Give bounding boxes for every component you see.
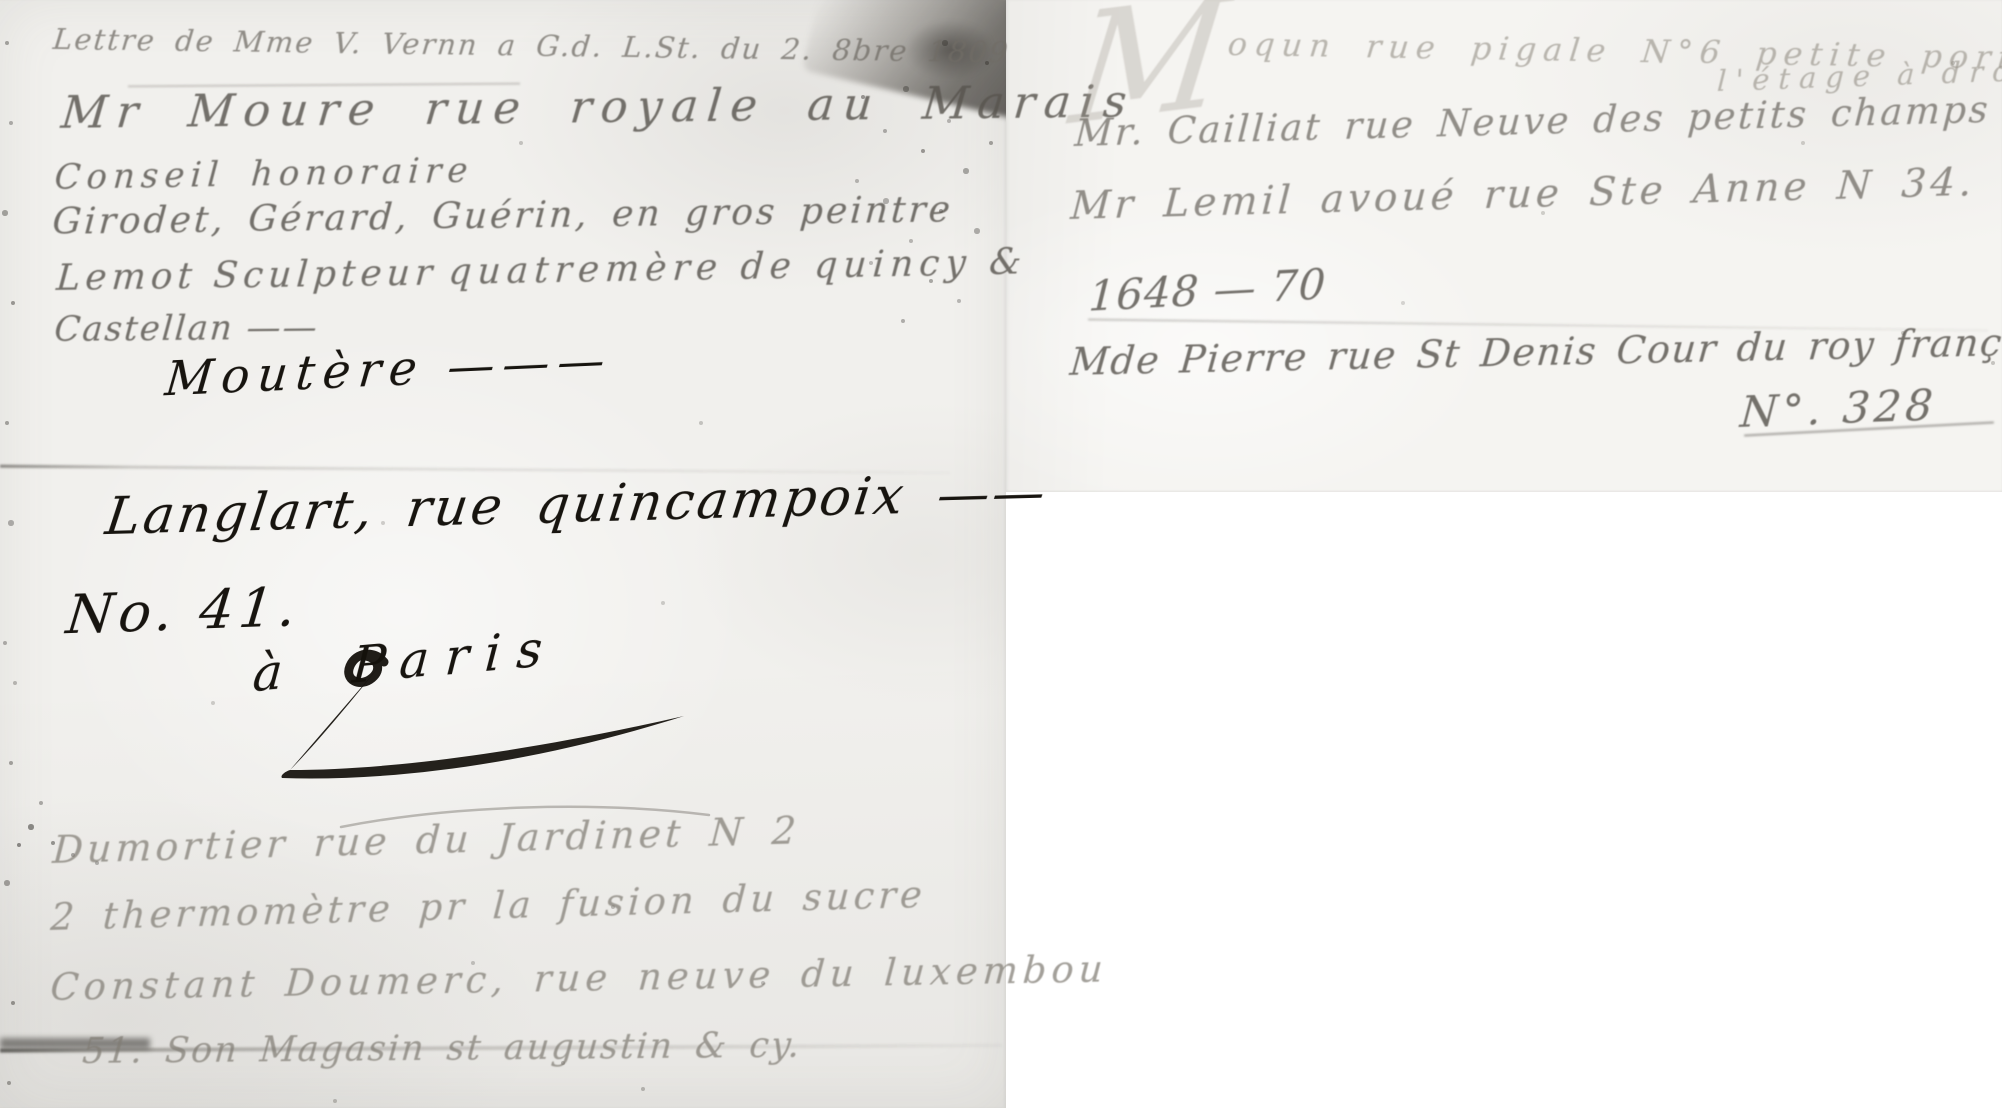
paris-underline-flourish-stroke [252,638,702,803]
ink-spatter-dots [0,0,2,2]
scanned-manuscript-page: Lettre de Mme V. Vernn a G.d. L.St. du 2… [0,0,2002,1108]
handwriting-line: Castellan —— [53,308,320,350]
handwriting-line: Conseil honoraire [53,151,475,198]
handwriting-line-address-moure: Mr Moure rue royale au Marais [59,75,1138,139]
faint-pencil-arc [335,795,715,835]
handwriting-line-house-number: No. 41. [63,575,304,646]
handwriting-line-sculptor: Lemot Sculpteur [55,253,439,299]
handwriting-line-number-328: N°. 328 [1738,381,1938,438]
handwriting-line: 51. Son Magasin st augustin & cy. [81,1026,803,1072]
